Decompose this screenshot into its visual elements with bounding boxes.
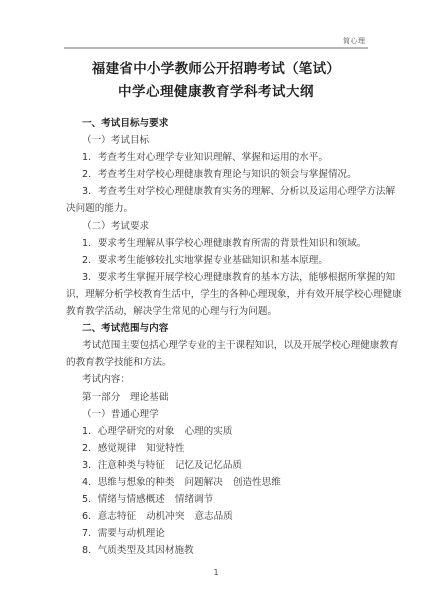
- subsection-heading: （一）普通心理学: [66, 406, 370, 423]
- part-heading: 第一部分 理论基础: [66, 389, 370, 406]
- topic: 创造性思维: [233, 477, 281, 488]
- subsection-heading: （二）考试要求: [66, 218, 370, 235]
- content-label: 考试内容：: [66, 371, 370, 388]
- topic: 心理的实质: [184, 426, 232, 437]
- topic-item: 2．感觉规律知觉特性: [66, 440, 370, 457]
- document-body: 一、考试目标与要求 （一）考试目标 1．考查考生对心理学专业知识理解、掌握和运用…: [66, 115, 370, 559]
- item-number: 7．: [82, 528, 98, 539]
- list-item-continuation: 教育教学活动，解决学生常见的心理与行为问题。: [66, 303, 370, 320]
- section-heading: 一、考试目标与要求: [66, 115, 370, 132]
- item-number: 4．: [82, 477, 98, 488]
- list-item: 3．考查考生对学校心理健康教育实务的理解、分析以及运用心理学方法解: [66, 183, 370, 200]
- topic: 记忆及记忆品质: [175, 460, 242, 471]
- section-heading: 二、考试范围与内容: [66, 320, 370, 337]
- topic: 意志特征: [98, 511, 136, 522]
- topic: 知觉特性: [146, 443, 184, 454]
- topic: 思维与想象的种类: [98, 477, 175, 488]
- document-page: 简心理 福建省中小学教师公开招聘考试（笔试） 中学心理健康教育学科考试大纲 一、…: [0, 0, 432, 600]
- list-item-continuation: 识，理解分析学校教育生活中，学生的各种心理现象，并有效开展学校心理健康: [66, 286, 370, 303]
- item-number: 3．: [82, 460, 98, 471]
- list-item: 2．考查考生对学校心理健康教育理论与知识的领会与掌握情况。: [66, 166, 370, 183]
- header-brand-label: 简心理: [343, 36, 366, 46]
- topic: 感觉规律: [98, 443, 136, 454]
- topic-item: 5．情绪与情感概述情绪调节: [66, 491, 370, 508]
- list-item-continuation: 决问题的能力。: [66, 200, 370, 217]
- topic-item: 3．注意种类与特征记忆及记忆品质: [66, 457, 370, 474]
- subsection-heading: （一）考试目标: [66, 132, 370, 149]
- topic: 气质类型及其因材施教: [98, 545, 194, 556]
- topic: 情绪调节: [175, 494, 213, 505]
- list-item: 2．要求考生能够较扎实地掌握专业基础知识和基本原理。: [66, 252, 370, 269]
- document-title: 福建省中小学教师公开招聘考试（笔试）: [0, 57, 432, 77]
- topic: 心理学研究的对象: [98, 426, 175, 437]
- topic: 情绪与情感概述: [98, 494, 165, 505]
- topic-item: 7．需要与动机理论: [66, 525, 370, 542]
- item-number: 2．: [82, 443, 98, 454]
- item-number: 8．: [82, 545, 98, 556]
- page-number: 1: [0, 568, 432, 577]
- paragraph-line: 考试范围主要包括心理学专业的主干课程知识，以及开展学校心理健康教育: [66, 337, 370, 354]
- topic: 意志品质: [194, 511, 232, 522]
- topic: 需要与动机理论: [98, 528, 165, 539]
- item-number: 6．: [82, 511, 98, 522]
- list-item: 1．要求考生理解从事学校心理健康教育所需的背景性知识和领域。: [66, 235, 370, 252]
- topic-item: 4．思维与想象的种类问题解决创造性思维: [66, 474, 370, 491]
- item-number: 5．: [82, 494, 98, 505]
- list-item: 3．要求考生掌握开展学校心理健康教育的基本方法，能够根据所掌握的知: [66, 269, 370, 286]
- item-number: 1．: [82, 426, 98, 437]
- topic: 动机冲突: [146, 511, 184, 522]
- document-subtitle: 中学心理健康教育学科考试大纲: [0, 80, 432, 100]
- topic: 注意种类与特征: [98, 460, 165, 471]
- paragraph-line: 的教育教学技能和方法。: [66, 354, 370, 371]
- topic: 问题解决: [184, 477, 222, 488]
- header-divider: [64, 47, 368, 49]
- topic-item: 8．气质类型及其因材施教: [66, 542, 370, 559]
- list-item: 1．考查考生对心理学专业知识理解、掌握和运用的水平。: [66, 149, 370, 166]
- topic-item: 6．意志特征动机冲突意志品质: [66, 508, 370, 525]
- topic-item: 1．心理学研究的对象心理的实质: [66, 423, 370, 440]
